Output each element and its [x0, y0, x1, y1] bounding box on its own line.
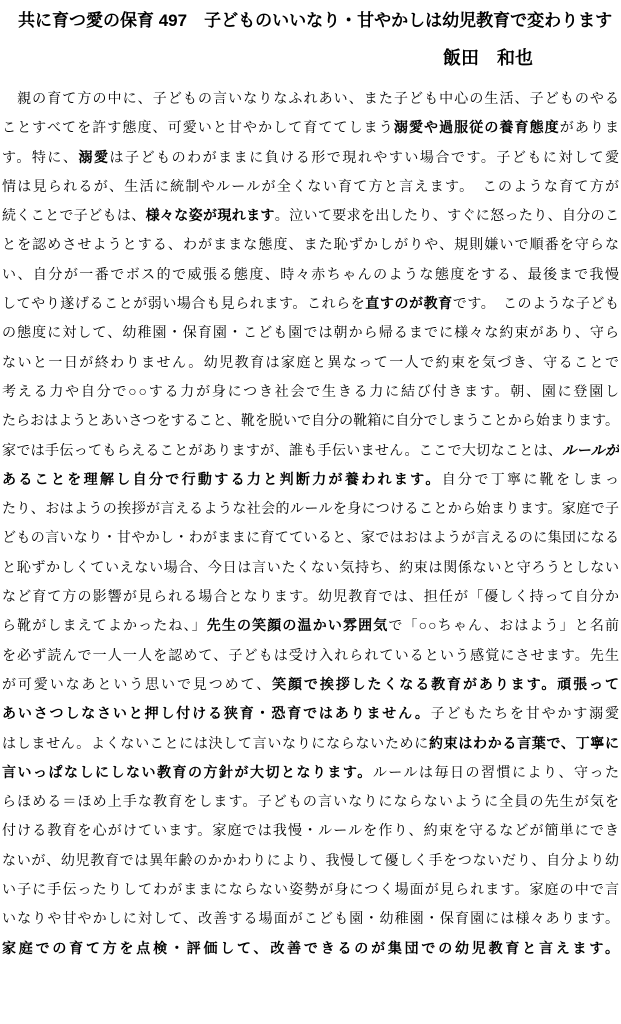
text-run: 笑顔で挨拶したくなる教育があります。頑張って [272, 676, 619, 692]
text-run: 続くことで子どもは、 [2, 207, 146, 223]
text-run: たり、おはようの挨拶が言えるような社会的ルールを身につけることから始まります。家… [2, 500, 619, 516]
text-run: 。泣いて要求を出したり、すぐに怒ったり、自分のこ [275, 207, 619, 223]
text-run: たらおはようとあいさつをすること、靴を脱いで自分の靴箱に自分でしまうことから始ま… [2, 412, 619, 428]
text-run: どもの言いなり・甘やかし・わがままに育てていると、家ではおはようが言えるのに集団… [2, 529, 619, 545]
text-run: らほめる＝ほめ上手な教育をします。子どもの言いなりにならないように全員の先生が気… [2, 793, 619, 809]
text-line: とを認めさせようとする、わがままな態度、また恥ずかしがりや、規則嫌いで順番を守ら… [2, 230, 619, 259]
text-run: 家では手伝ってもらえることがありますが、誰も手伝いません。ここで大切なことは、 [2, 442, 562, 458]
text-run: など育て方の影響が見られる場合となります。幼児教育では、担任が「優しく持って自分… [2, 588, 619, 604]
text-run: ないが、幼児教育では異年齢のかかわりにより、我慢して優しく手をつないだり、自分よ… [2, 852, 619, 868]
text-run: と恥ずかしくていえない場合、今日は言いたくない気持ち、約束は関係ないと守ろうとし… [2, 559, 619, 575]
text-run: 考える力や自分で○○する力が身につき社会で生きる力に結び付きます。朝、園に登園し [2, 383, 619, 399]
text-run: ことすべてを許す態度、可愛いと甘やかして育ててしまう [2, 119, 394, 135]
text-run: 家庭での育て方を点検・評価して、改善できるのが集団での幼児教育と言えます。 [2, 940, 619, 956]
text-line: あいさつしなさいと押し付ける狭育・恐育ではありません。子どもたちを甘やかす溺愛 [2, 699, 619, 728]
text-run: 自分で丁寧に靴をしまっ [442, 471, 619, 487]
text-line: どもの言いなり・甘やかし・わがままに育てていると、家ではおはようが言えるのに集団… [2, 523, 619, 552]
text-line: 家庭での育て方を点検・評価して、改善できるのが集団での幼児教育と言えます。 [2, 934, 619, 963]
text-run: 約束はわかる言葉で、丁寧に [429, 735, 619, 751]
author-name: 飯田 和也 [0, 46, 621, 71]
text-run: あいさつしなさいと押し付ける狭育・恐育ではありません。 [2, 705, 431, 721]
text-run: を必ず読んで一人一人を認めて、子どもは受け入れられているという感覚にさせます。先… [2, 647, 619, 663]
document-page: 共に育つ愛の保育 497 子どものいいなり・甘やかしは幼児教育で変わります 飯田… [0, 0, 621, 1024]
text-line: あることを理解し自分で行動する力と判断力が養われます。自分で丁寧に靴をしまっ [2, 465, 619, 494]
text-run: す。特に、 [2, 149, 78, 165]
text-line: い、自分が一番でボス的で威張る態度、時々赤ちゃんのような態度をする、最後まで我慢 [2, 260, 619, 289]
text-line: 考える力や自分で○○する力が身につき社会で生きる力に結び付きます。朝、園に登園し [2, 377, 619, 406]
text-run: い子に手伝ったりしてわがままにならない姿勢が身につく場面が見られます。家庭の中で… [2, 881, 619, 897]
text-line: が可愛いなあという思いで見つめて、笑顔で挨拶したくなる教育があります。頑張って [2, 670, 619, 699]
document-title: 共に育つ愛の保育 497 子どものいいなり・甘やかしは幼児教育で変わります [0, 0, 621, 33]
text-run: の態度に対して、幼稚園・保育園・こども園では朝から帰るまでに様々な約束があり、守… [2, 324, 619, 340]
text-line: 言いっぱなしにしない教育の方針が大切となります。ルールは毎日の習慣により、守った [2, 758, 619, 787]
text-line: 続くことで子どもは、様々な姿が現れます。泣いて要求を出したり、すぐに怒ったり、自… [2, 201, 619, 230]
text-run: とを認めさせようとする、わがままな態度、また恥ずかしがりや、規則嫌いで順番を守ら… [2, 236, 619, 252]
text-line: してやり遂げることが弱い場合も見られます。これらを直すのが教育です。 このような… [2, 289, 619, 318]
text-line: を必ず読んで一人一人を認めて、子どもは受け入れられているという感覚にさせます。先… [2, 641, 619, 670]
text-line: など育て方の影響が見られる場合となります。幼児教育では、担任が「優しく持って自分… [2, 582, 619, 611]
text-line: 付ける教育を心がけています。家庭では我慢・ルールを作り、約束を守るなどが簡単にで… [2, 816, 619, 845]
text-line: たらおはようとあいさつをすること、靴を脱いで自分の靴箱に自分でしまうことから始ま… [2, 406, 619, 435]
text-line: いなりや甘やかしに対して、改善する場面がこども園・幼稚園・保育園には様々あります… [2, 904, 619, 933]
text-line: はしません。よくないことには決して言いなりにならないために約束はわかる言葉で、丁… [2, 729, 619, 758]
text-run: 先生の笑顔の温かい雰囲気 [207, 617, 389, 633]
text-run: 様々な姿が現れます [146, 207, 275, 223]
text-run: はしません。よくないことには決して言いなりにならないために [2, 735, 429, 751]
text-line: 情は見られるが、生活に統制やルールが全くない育て方と言えます。 このような育て方… [2, 172, 619, 201]
text-run: 情は見られるが、生活に統制やルールが全くない育て方と言えます。 このような育て方… [2, 178, 619, 194]
text-run: で「○○ちゃん、おはよう」と名前 [388, 617, 619, 633]
document-body: 親の育て方の中に、子どもの言いなりなふれあい、また子ども中心の生活、子どものやる… [0, 84, 621, 963]
text-run: 言いっぱなしにしない教育の方針が大切となります。 [2, 764, 373, 780]
text-run: は子どものわがままに負ける形で現れやすい場合です。子どもに対して愛 [110, 149, 619, 165]
text-run: あることを理解し自分で行動する力と判断力が養われます。 [2, 471, 442, 487]
text-run: がありま [560, 119, 619, 135]
text-run: 子どもたちを甘やかす溺愛 [431, 705, 619, 721]
text-run: ら靴がしまえてよかったね、」 [2, 617, 207, 633]
text-line: 家では手伝ってもらえることがありますが、誰も手伝いません。ここで大切なことは、ル… [2, 436, 619, 465]
text-line: たり、おはようの挨拶が言えるような社会的ルールを身につけることから始まります。家… [2, 494, 619, 523]
text-run: です。 このような子ども [453, 295, 619, 311]
text-run: 溺愛 [78, 149, 109, 165]
text-line: らほめる＝ほめ上手な教育をします。子どもの言いなりにならないように全員の先生が気… [2, 787, 619, 816]
text-run: い、自分が一番でボス的で威張る態度、時々赤ちゃんのような態度をする、最後まで我慢 [2, 266, 619, 282]
text-run: 付ける教育を心がけています。家庭では我慢・ルールを作り、約束を守るなどが簡単にで… [2, 822, 619, 838]
text-run: 溺愛や過服従の養育態度 [394, 119, 560, 135]
text-line: す。特に、溺愛は子どものわがままに負ける形で現れやすい場合です。子どもに対して愛 [2, 143, 619, 172]
text-run: ルールが [562, 442, 619, 458]
text-run: ないと一日が終わりません。幼児教育は家庭と異なって一人で約束を気づき、守ることで [2, 354, 619, 370]
text-run: が可愛いなあという思いで見つめて、 [2, 676, 272, 692]
text-line: ことすべてを許す態度、可愛いと甘やかして育ててしまう溺愛や過服従の養育態度があり… [2, 113, 619, 142]
text-line: ないと一日が終わりません。幼児教育は家庭と異なって一人で約束を気づき、守ることで [2, 348, 619, 377]
text-line: ら靴がしまえてよかったね、」先生の笑顔の温かい雰囲気で「○○ちゃん、おはよう」と… [2, 611, 619, 640]
text-line: の態度に対して、幼稚園・保育園・こども園では朝から帰るまでに様々な約束があり、守… [2, 318, 619, 347]
text-run: いなりや甘やかしに対して、改善する場面がこども園・幼稚園・保育園には様々あります… [2, 910, 619, 926]
text-line: ないが、幼児教育では異年齢のかかわりにより、我慢して優しく手をつないだり、自分よ… [2, 846, 619, 875]
text-run: 直すのが教育 [365, 295, 452, 311]
text-line: と恥ずかしくていえない場合、今日は言いたくない気持ち、約束は関係ないと守ろうとし… [2, 553, 619, 582]
text-run: ルールは毎日の習慣により、守った [373, 764, 619, 780]
text-run: してやり遂げることが弱い場合も見られます。これらを [2, 295, 365, 311]
text-run: 親の育て方の中に、子どもの言いなりなふれあい、また子ども中心の生活、子どものやる [2, 90, 619, 106]
text-line: い子に手伝ったりしてわがままにならない姿勢が身につく場面が見られます。家庭の中で… [2, 875, 619, 904]
text-line: 親の育て方の中に、子どもの言いなりなふれあい、また子ども中心の生活、子どものやる [2, 84, 619, 113]
